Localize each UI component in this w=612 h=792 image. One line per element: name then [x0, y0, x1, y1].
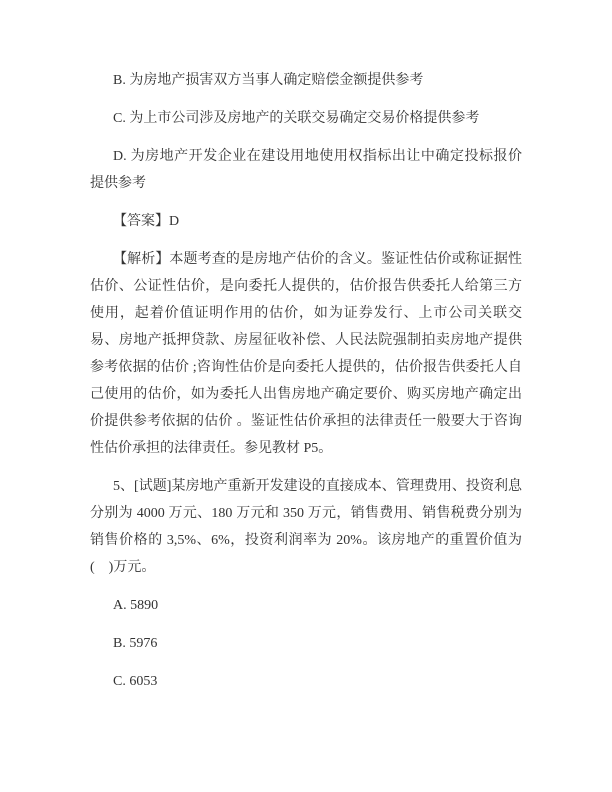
- q4-answer: 【答案】D: [90, 208, 522, 235]
- q4-option-d: D. 为房地产开发企业在建设用地使用权指标出让中确定投标报价提供参考: [90, 143, 522, 197]
- q4-option-c: C. 为上市公司涉及房地产的关联交易确定交易价格提供参考: [90, 105, 522, 132]
- document-page: B. 为房地产损害双方当事人确定赔偿金额提供参考 C. 为上市公司涉及房地产的关…: [0, 0, 612, 792]
- q5-option-b: B. 5976: [90, 630, 522, 657]
- q4-option-b: B. 为房地产损害双方当事人确定赔偿金额提供参考: [90, 67, 522, 94]
- q5-option-a: A. 5890: [90, 592, 522, 619]
- q5-stem: 5、[试题]某房地产重新开发建设的直接成本、管理费用、投资利息分别为 4000 …: [90, 473, 522, 581]
- q4-explanation: 【解析】本题考查的是房地产估价的含义。鉴证性估价或称证据性估价、公证性估价，是向…: [90, 246, 522, 462]
- q5-option-c: C. 6053: [90, 668, 522, 695]
